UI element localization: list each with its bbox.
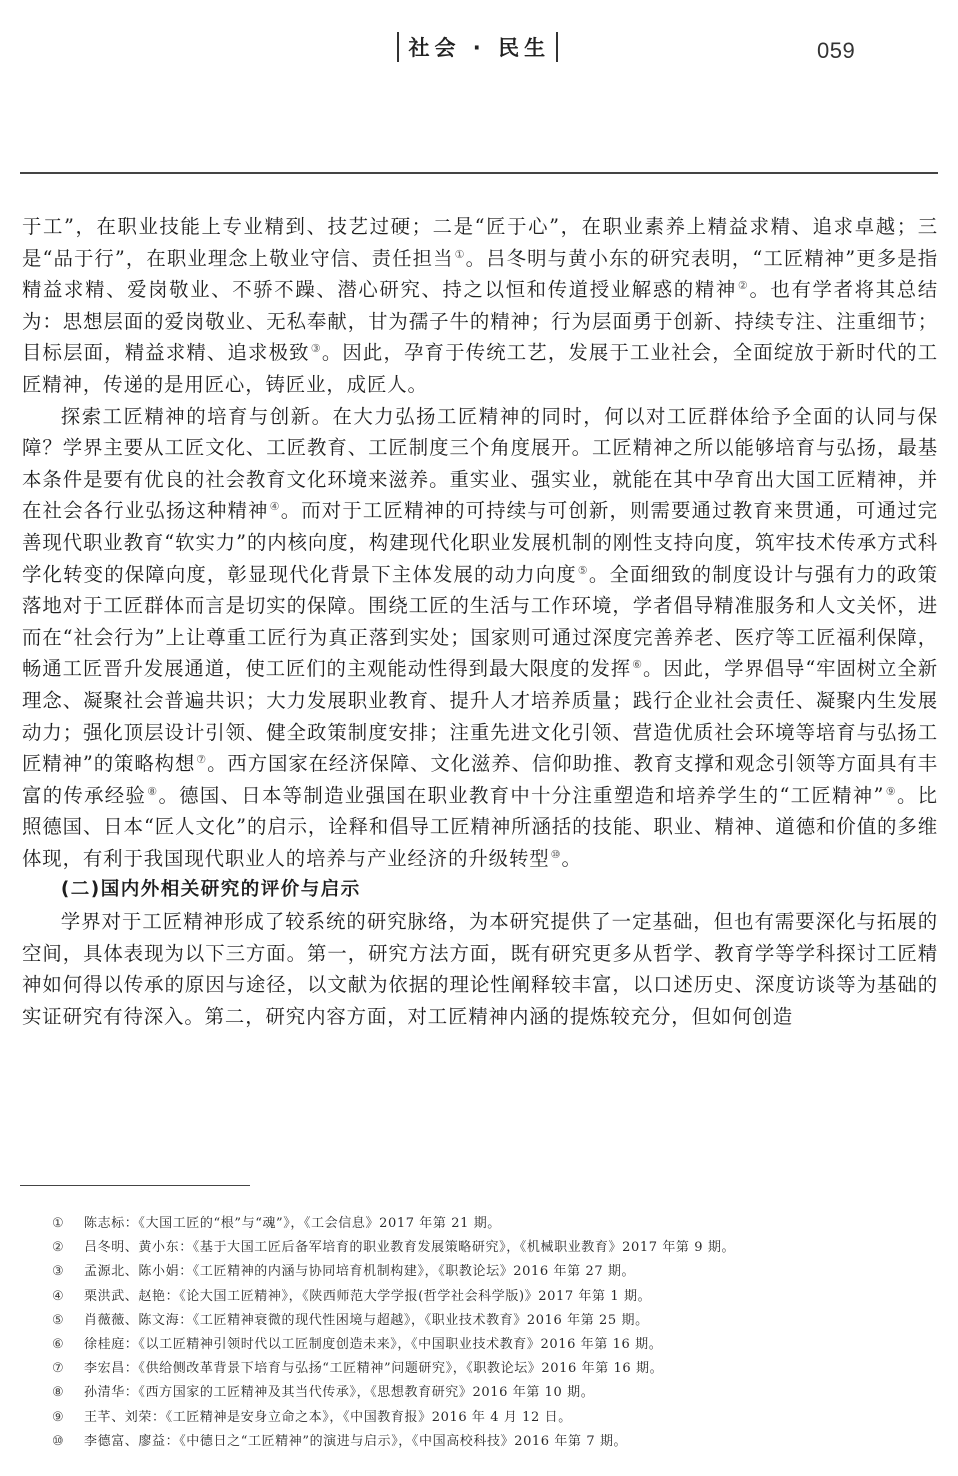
header-rule bbox=[20, 172, 938, 174]
footnote-item: ⑥徐桂庭：《以工匠精神引领时代以工匠制度创造未来》，《中国职业技术教育》2016… bbox=[52, 1333, 932, 1357]
footnote-text: 孟源北、陈小娟：《工匠精神的内涵与协同培育机制构建》，《职教论坛》2016 年第… bbox=[84, 1260, 635, 1284]
footnote-number: ⑩ bbox=[52, 1430, 84, 1454]
section-title: 社会 · 民生 bbox=[399, 32, 557, 62]
footnote-number: ③ bbox=[52, 1260, 84, 1284]
footnote-item: ⑩李德富、廖益：《中德日之“工匠精神”的演进与启示》，《中国高校科技》2016 … bbox=[52, 1430, 932, 1454]
footnote-text: 孙清华：《西方国家的工匠精神及其当代传承》，《思想教育研究》2016 年第 10… bbox=[84, 1381, 594, 1405]
article-body: 于工”，在职业技能上专业精到、技艺过硬；二是“匠于心”，在职业素养上精益求精、追… bbox=[22, 211, 938, 1032]
footnote-ref: ⑩ bbox=[551, 848, 561, 861]
footnote-ref: ⑥ bbox=[632, 658, 642, 671]
footnote-item: ⑧孙清华：《西方国家的工匠精神及其当代传承》，《思想教育研究》2016 年第 1… bbox=[52, 1381, 932, 1405]
footnote-text: 李宏昌：《供给侧改革背景下培育与弘扬“工匠精神”问题研究》，《职教论坛》2016… bbox=[84, 1357, 663, 1381]
footnote-number: ⑤ bbox=[52, 1309, 84, 1333]
footnote-item: ②吕冬明、黄小东：《基于大国工匠后备军培育的职业教育发展策略研究》，《机械职业教… bbox=[52, 1236, 932, 1260]
footnote-text: 陈志标：《大国工匠的“根”与“魂”》，《工会信息》2017 年第 21 期。 bbox=[84, 1212, 501, 1236]
footnote-number: ⑦ bbox=[52, 1357, 84, 1381]
section-heading: (二)国内外相关研究的评价与启示 bbox=[22, 874, 938, 906]
footnote-number: ⑥ bbox=[52, 1333, 84, 1357]
footnote-number: ⑨ bbox=[52, 1406, 84, 1430]
footnote-item: ⑨王芊、刘荣：《工匠精神是安身立命之本》，《中国教育报》2016 年 4 月 1… bbox=[52, 1406, 932, 1430]
footnote-text: 肖薇薇、陈文海：《工匠精神衰微的现代性困境与超越》，《职业技术教育》2016 年… bbox=[84, 1309, 649, 1333]
footnote-item: ③孟源北、陈小娟：《工匠精神的内涵与协同培育机制构建》，《职教论坛》2016 年… bbox=[52, 1260, 932, 1284]
page-number: 059 bbox=[817, 38, 855, 64]
footnote-number: ⑧ bbox=[52, 1381, 84, 1405]
footnote-item: ⑦李宏昌：《供给侧改革背景下培育与弘扬“工匠精神”问题研究》，《职教论坛》201… bbox=[52, 1357, 932, 1381]
footnote-ref: ⑦ bbox=[196, 753, 206, 766]
paragraph-1: 于工”，在职业技能上专业精到、技艺过硬；二是“匠于心”，在职业素养上精益求精、追… bbox=[22, 211, 938, 401]
footnote-ref: ① bbox=[455, 248, 465, 261]
footnote-text: 吕冬明、黄小东：《基于大国工匠后备军培育的职业教育发展策略研究》，《机械职业教育… bbox=[84, 1236, 735, 1260]
paragraph-2: 探索工匠精神的培育与创新。在大力弘扬工匠精神的同时，何以对工匠群体给予全面的认同… bbox=[22, 401, 938, 875]
paragraph-3: 学界对于工匠精神形成了较系统的研究脉络，为本研究提供了一定基础，但也有需要深化与… bbox=[22, 906, 938, 1032]
footnote-ref: ⑤ bbox=[578, 564, 588, 577]
footnote-ref: ② bbox=[738, 279, 749, 292]
footnote-ref: ④ bbox=[270, 500, 280, 513]
footnote-number: ① bbox=[52, 1212, 84, 1236]
footnote-ref: ⑨ bbox=[885, 785, 896, 798]
footnote-item: ⑤肖薇薇、陈文海：《工匠精神衰微的现代性困境与超越》，《职业技术教育》2016 … bbox=[52, 1309, 932, 1333]
footnote-text: 栗洪武、赵艳：《论大国工匠精神》，《陕西师范大学学报(哲学社会科学版)》2017… bbox=[84, 1285, 651, 1309]
footnote-number: ④ bbox=[52, 1285, 84, 1309]
running-head: 社会 · 民生 bbox=[397, 30, 558, 64]
footnotes: ①陈志标：《大国工匠的“根”与“魂”》，《工会信息》2017 年第 21 期。 … bbox=[52, 1212, 932, 1454]
footnote-text: 徐桂庭：《以工匠精神引领时代以工匠制度创造未来》，《中国职业技术教育》2016 … bbox=[84, 1333, 662, 1357]
footnote-ref: ③ bbox=[311, 342, 321, 355]
footnote-number: ② bbox=[52, 1236, 84, 1260]
footnote-text: 王芊、刘荣：《工匠精神是安身立命之本》，《中国教育报》2016 年 4 月 12… bbox=[84, 1406, 572, 1430]
running-head-right-bar bbox=[556, 32, 558, 62]
footnote-separator bbox=[20, 1185, 250, 1186]
footnote-text: 李德富、廖益：《中德日之“工匠精神”的演进与启示》，《中国高校科技》2016 年… bbox=[84, 1430, 627, 1454]
footnote-item: ①陈志标：《大国工匠的“根”与“魂”》，《工会信息》2017 年第 21 期。 bbox=[52, 1212, 932, 1236]
footnote-ref: ⑧ bbox=[147, 785, 157, 798]
footnote-item: ④栗洪武、赵艳：《论大国工匠精神》，《陕西师范大学学报(哲学社会科学版)》201… bbox=[52, 1285, 932, 1309]
